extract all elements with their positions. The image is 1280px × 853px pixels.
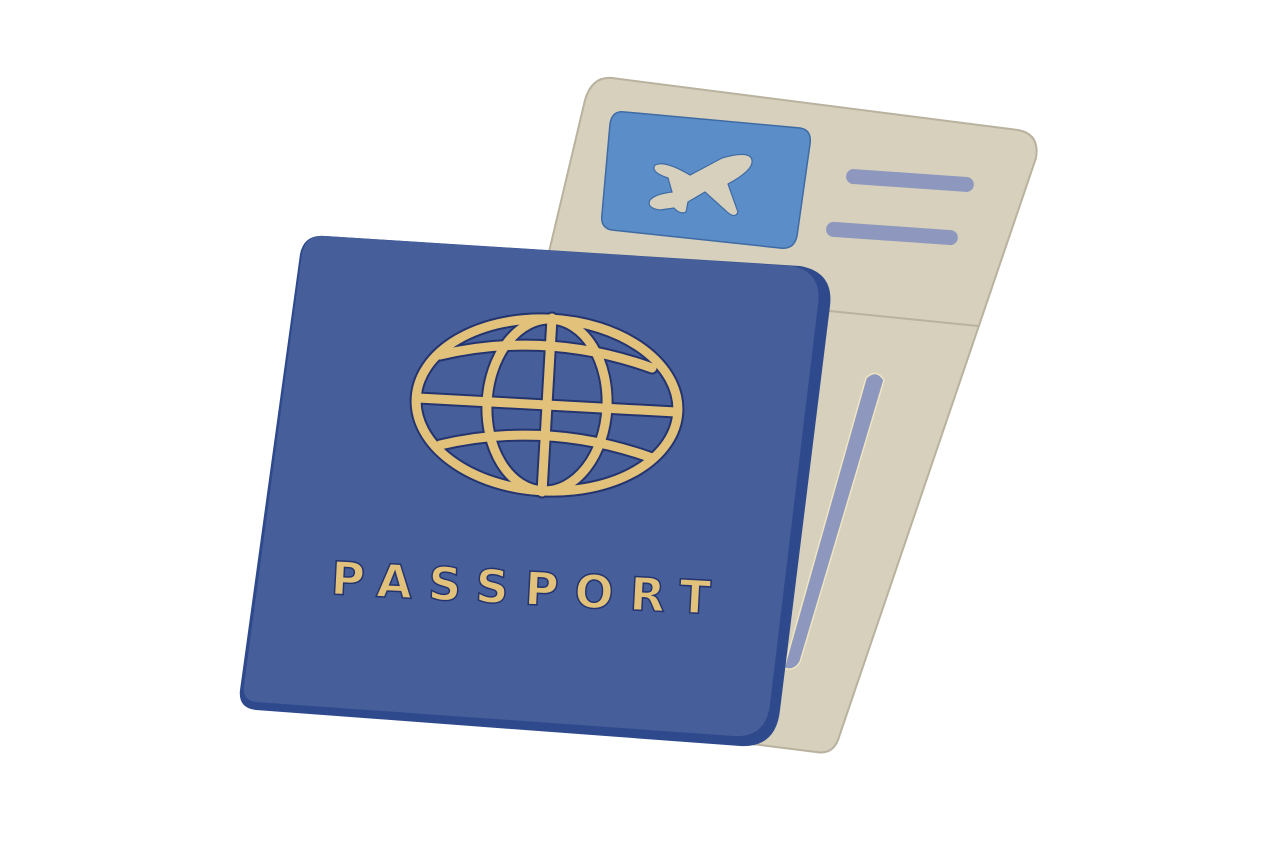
passport: PASSPORT: [240, 236, 831, 746]
airplane-icon-tile: [602, 112, 811, 249]
illustration: PASSPORT: [0, 0, 1280, 853]
